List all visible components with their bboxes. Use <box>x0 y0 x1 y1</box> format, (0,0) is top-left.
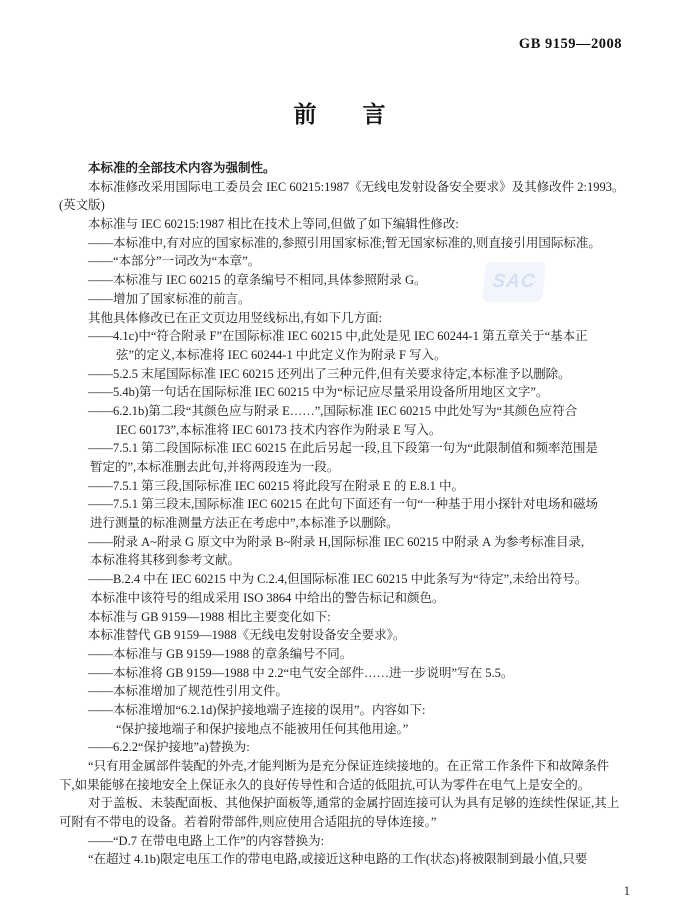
body-line: 本标准修改采用国际电工委员会 IEC 60215:1987《无线电发射设备安全要… <box>59 178 625 197</box>
body-line: ——附录 A~附录 G 原文中为附录 B~附录 H,国际标准 IEC 60215… <box>59 533 625 552</box>
body-lines: 本标准的全部技术内容为强制性。本标准修改采用国际电工委员会 IEC 60215:… <box>59 159 625 869</box>
body-line: 下,如果能够在接地安全上保证永久的良好传导性和合适的低阻抗,可认为零件在电气上是… <box>59 776 625 795</box>
body-line: ——本标准增加“6.2.1d)保护接地端子连接的误用”。内容如下: <box>59 701 625 720</box>
body-line: 进行测量的标准测量方法正在考虑中”,本标准予以删除。 <box>59 514 625 533</box>
body-line: (英文版) <box>59 196 625 215</box>
body-line: 本标准的全部技术内容为强制性。 <box>59 159 625 178</box>
body-line: 本标准与 GB 9159—1988 相比主要变化如下: <box>59 608 625 627</box>
document-page: GB 9159—2008 前 言 SAC 本标准的全部技术内容为强制性。本标准修… <box>0 0 679 911</box>
body-line: 暂定的”,本标准删去此句,并将两段连为一段。 <box>59 458 625 477</box>
body-line: 其他具体修改已在正文页边用竖线标出,有如下几方面: <box>59 309 625 328</box>
body-line: 弦”的定义,本标准将 IEC 60244-1 中此定义作为附录 F 写入。 <box>59 346 625 365</box>
body-line: 本标准替代 GB 9159—1988《无线电发射设备安全要求》。 <box>59 626 625 645</box>
page-number: 1 <box>624 884 630 899</box>
body-line: 本标准中该符号的组成采用 ISO 3864 中给出的警告标记和颜色。 <box>59 589 625 608</box>
body-line: ——本标准中,有对应的国家标准的,参照引用国家标准;暂无国家标准的,则直接引用国… <box>59 234 625 253</box>
body-line: 可附有不带电的设备。若着附带部件,则应使用合适阻抗的导体连接。” <box>59 813 625 832</box>
body-line: ——5.2.5 末尾国际标准 IEC 60215 还列出了三种元件,但有关要求待… <box>59 365 625 384</box>
body-line: “在超过 4.1b)限定电压工作的带电电路,或接近这种电路的工作(状态)将被限制… <box>59 850 625 869</box>
body-line: “保护接地端子和保护接地点不能被用任何其他用途。” <box>59 720 625 739</box>
body-line: 对于盖板、未装配面板、其他保护面板等,通常的金属拧固连接可认为具有足够的连续性保… <box>59 794 625 813</box>
body-line: ——7.5.1 第三段,国际标准 IEC 60215 将此段写在附录 E 的 E… <box>59 477 625 496</box>
body-line: ——6.2.1b)第二段“其颜色应与附录 E……”,国际标准 IEC 60215… <box>59 402 625 421</box>
standard-code: GB 9159—2008 <box>519 36 622 53</box>
body-line: ——7.5.1 第三段末,国际标准 IEC 60215 在此句下面还有一句“一种… <box>59 495 625 514</box>
body-line: ——本标准与 IEC 60215 的章条编号不相同,具体参照附录 G。 <box>59 271 625 290</box>
body-line: ——4.1c)中“符合附录 F”在国际标准 IEC 60215 中,此处是见 I… <box>59 327 625 346</box>
body-line: 本标准与 IEC 60215:1987 相比在技术上等同,但做了如下编辑性修改: <box>59 215 625 234</box>
body-line: ——5.4b)第一句话在国际标准 IEC 60215 中为“标记应尽量采用设备所… <box>59 383 625 402</box>
body-line: ——本标准与 GB 9159—1988 的章条编号不同。 <box>59 645 625 664</box>
body-line: ——“D.7 在带电电路上工作”的内容替换为: <box>59 832 625 851</box>
body-line: ——本标准增加了规范性引用文件。 <box>59 682 625 701</box>
body-line: 本标准将其移到参考文献。 <box>59 551 625 570</box>
body-line: “只有用金属部件装配的外壳,才能判断为是充分保证连续接地的。在正常工作条件下和故… <box>59 757 625 776</box>
body-line: ——增加了国家标准的前言。 <box>59 290 625 309</box>
body-line: ——B.2.4 中在 IEC 60215 中为 C.2.4,但国际标准 IEC … <box>59 570 625 589</box>
body-line: ——7.5.1 第二段国际标准 IEC 60215 在此后另起一段,且下段第一句… <box>59 439 625 458</box>
body-line: IEC 60173”,本标准将 IEC 60173 技术内容作为附录 E 写入。 <box>59 421 625 440</box>
body-line: ——6.2.2“保护接地”a)替换为: <box>59 738 625 757</box>
body-line: ——本标准将 GB 9159—1988 中 2.2“电气安全部件……进一步说明”… <box>59 664 625 683</box>
body-line: ——“本部分”一词改为“本章”。 <box>59 252 625 271</box>
page-title: 前 言 <box>0 96 679 129</box>
